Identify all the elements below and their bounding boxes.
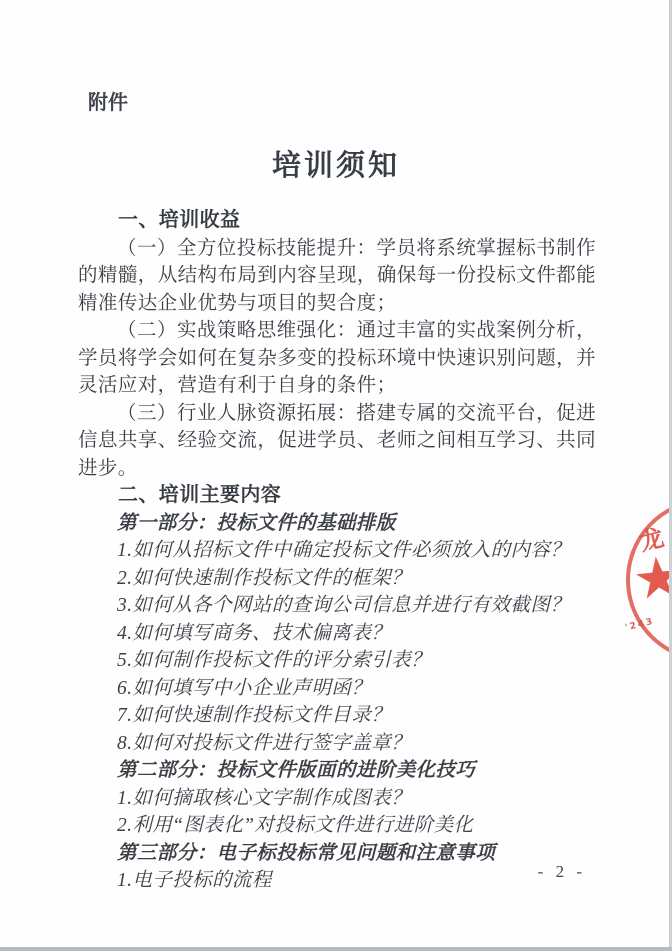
paragraph: （三）行业人脉资源拓展：搭建专属的交流平台，促进信息共享、经验交流，促进学员、老…: [78, 400, 596, 483]
list-item: 2.如何快速制作投标文件的框架？: [78, 565, 596, 593]
part-title: 第三部分：电子标投标常见问题和注意事项: [78, 840, 596, 868]
section-heading-benefits: 一、培训收益: [78, 207, 596, 235]
list-item: 3.如何从各个网站的查询公司信息并进行有效截图？: [78, 592, 596, 620]
attachment-label: 附件: [88, 86, 128, 115]
part-title: 第二部分：投标文件版面的进阶美化技巧: [78, 757, 596, 785]
list-item: 1.电子投标的流程: [78, 867, 596, 895]
document-body: 一、培训收益 （一）全方位投标技能提升：学员将系统掌握标书制作的精髓，从结构布局…: [78, 207, 596, 895]
scan-edge-bottom: [0, 947, 672, 951]
star-icon: ★: [630, 549, 672, 610]
section-heading-content: 二、培训主要内容: [78, 482, 596, 510]
document-page: 附件 培训须知 一、培训收益 （一）全方位投标技能提升：学员将系统掌握标书制作的…: [0, 0, 672, 951]
part-title: 第一部分：投标文件的基础排版: [78, 510, 596, 538]
paragraph: （一）全方位投标技能提升：学员将系统掌握标书制作的精髓，从结构布局到内容呈现，确…: [78, 235, 596, 318]
list-item: 6.如何填写中小企业声明函？: [78, 675, 596, 703]
seal-circle: [615, 487, 672, 672]
paragraph: （二）实战策略思维强化：通过丰富的实战案例分析，学员将学会如何在复杂多变的投标环…: [78, 317, 596, 400]
list-item: 2.利用“图表化”对投标文件进行进阶美化: [78, 812, 596, 840]
page-title: 培训须知: [0, 143, 672, 184]
seal-text: 龙: [635, 518, 667, 558]
seal-serial-number: '243: [624, 617, 655, 634]
list-item: 1.如何摘取核心文字制作成图表？: [78, 785, 596, 813]
page-number: - 2 -: [538, 862, 586, 882]
list-item: 5.如何制作投标文件的评分索引表？: [78, 647, 596, 675]
list-item: 8.如何对投标文件进行签字盖章？: [78, 730, 596, 758]
list-item: 4.如何填写商务、技术偏离表？: [78, 620, 596, 648]
list-item: 7.如何快速制作投标文件目录？: [78, 702, 596, 730]
list-item: 1.如何从招标文件中确定投标文件必须放入的内容？: [78, 537, 596, 565]
